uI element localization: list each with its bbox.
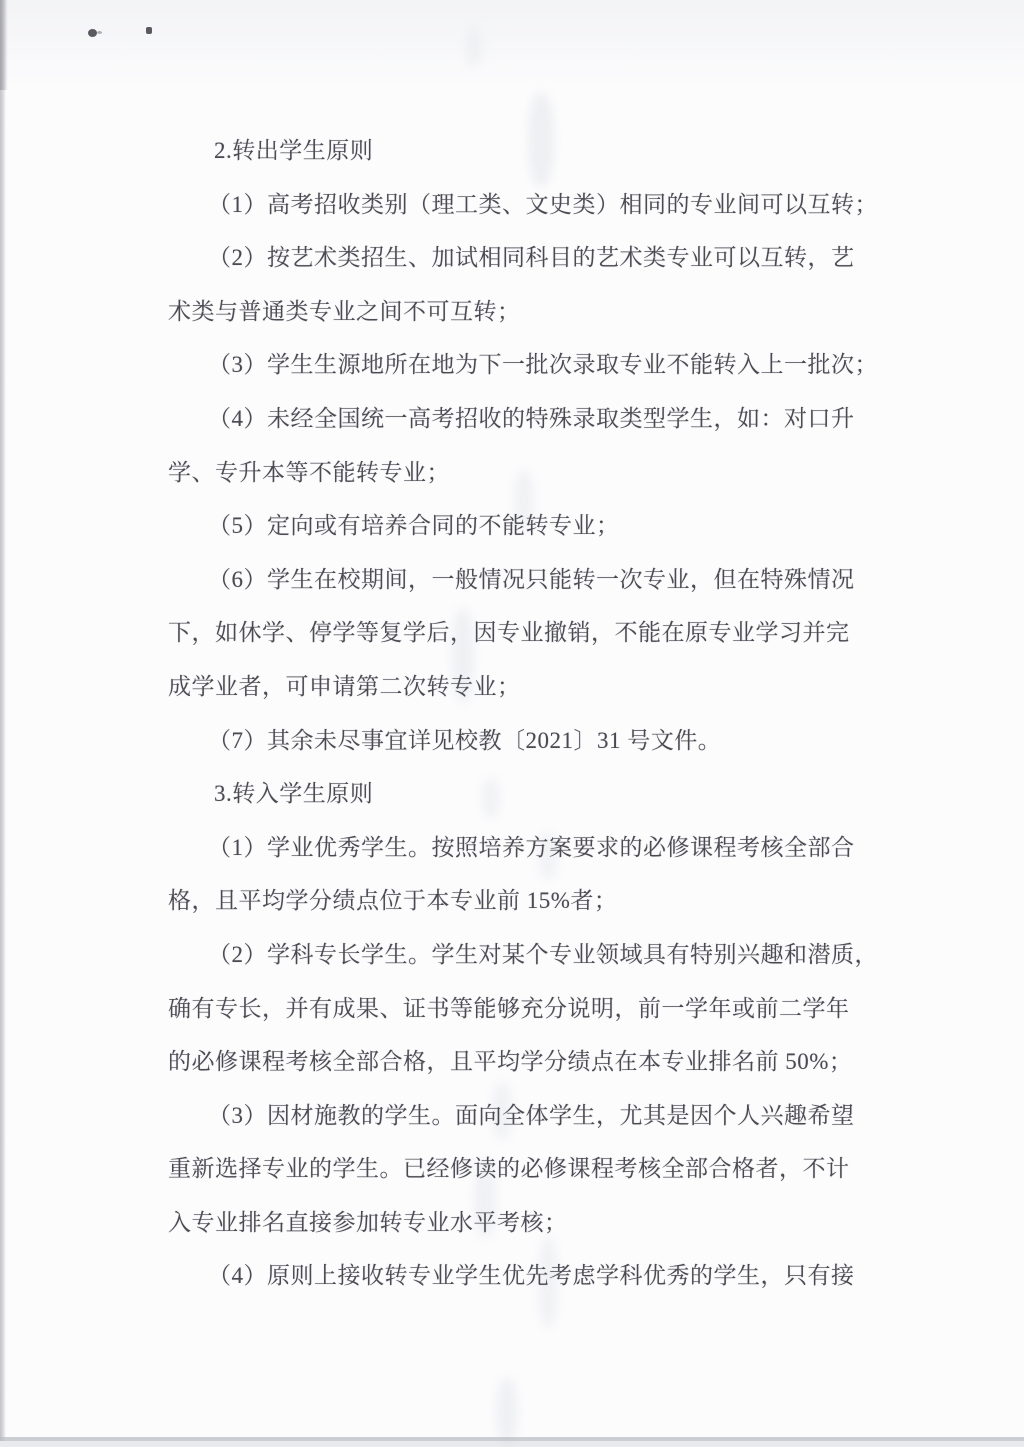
doc-line: 下，如休学、停学等复学后，因专业撤销，不能在原专业学习并完	[168, 606, 892, 660]
doc-line: 学、专升本等不能转专业；	[168, 446, 892, 500]
doc-line: 术类与普通类专业之间不可互转；	[168, 285, 892, 339]
doc-line: （7）其余未尽事宜详见校教〔2021〕31 号文件。	[168, 714, 892, 768]
document-text-block: 2.转出学生原则 （1）高考招收类别（理工类、文史类）相同的专业间可以互转； （…	[168, 124, 892, 1303]
ink-speck	[88, 29, 97, 37]
doc-line: （2）学科专长学生。学生对某个专业领域具有特别兴趣和潜质，	[168, 928, 892, 982]
doc-line: （1）学业优秀学生。按照培养方案要求的必修课程考核全部合	[168, 821, 892, 875]
doc-line: （1）高考招收类别（理工类、文史类）相同的专业间可以互转；	[168, 178, 892, 232]
page-left-edge-shadow-dark	[0, 0, 8, 90]
page-bottom-edge-fade	[0, 1441, 1024, 1447]
doc-line: （3）学生生源地所在地为下一批次录取专业不能转入上一批次；	[168, 338, 892, 392]
doc-line-heading-2: 2.转出学生原则	[168, 124, 892, 178]
scanned-page: 2.转出学生原则 （1）高考招收类别（理工类、文史类）相同的专业间可以互转； （…	[0, 0, 1024, 1447]
doc-line: （5）定向或有培养合同的不能转专业；	[168, 499, 892, 553]
doc-line: （4）未经全国统一高考招收的特殊录取类型学生，如：对口升	[168, 392, 892, 446]
doc-line: 入专业排名直接参加转专业水平考核；	[168, 1196, 892, 1250]
doc-line: 确有专长，并有成果、证书等能够充分说明，前一学年或前二学年	[168, 982, 892, 1036]
doc-line: （3）因材施教的学生。面向全体学生，尤其是因个人兴趣希望	[168, 1089, 892, 1143]
doc-line: （2）按艺术类招生、加试相同科目的艺术类专业可以互转，艺	[168, 231, 892, 285]
doc-line-heading-3: 3.转入学生原则	[168, 767, 892, 821]
doc-line: 成学业者，可申请第二次转专业；	[168, 660, 892, 714]
doc-line: （4）原则上接收转专业学生优先考虑学科优秀的学生，只有接	[168, 1249, 892, 1303]
doc-line: （6）学生在校期间，一般情况只能转一次专业，但在特殊情况	[168, 553, 892, 607]
doc-line: 格，且平均学分绩点位于本专业前 15%者；	[168, 874, 892, 928]
page-left-edge-shadow	[0, 0, 6, 1447]
scan-artifact	[496, 1378, 518, 1444]
doc-line: 的必修课程考核全部合格，且平均学分绩点在本专业排名前 50%；	[168, 1035, 892, 1089]
ink-speck	[146, 27, 152, 34]
scan-artifact	[466, 28, 482, 68]
doc-line: 重新选择专业的学生。已经修读的必修课程考核全部合格者，不计	[168, 1142, 892, 1196]
